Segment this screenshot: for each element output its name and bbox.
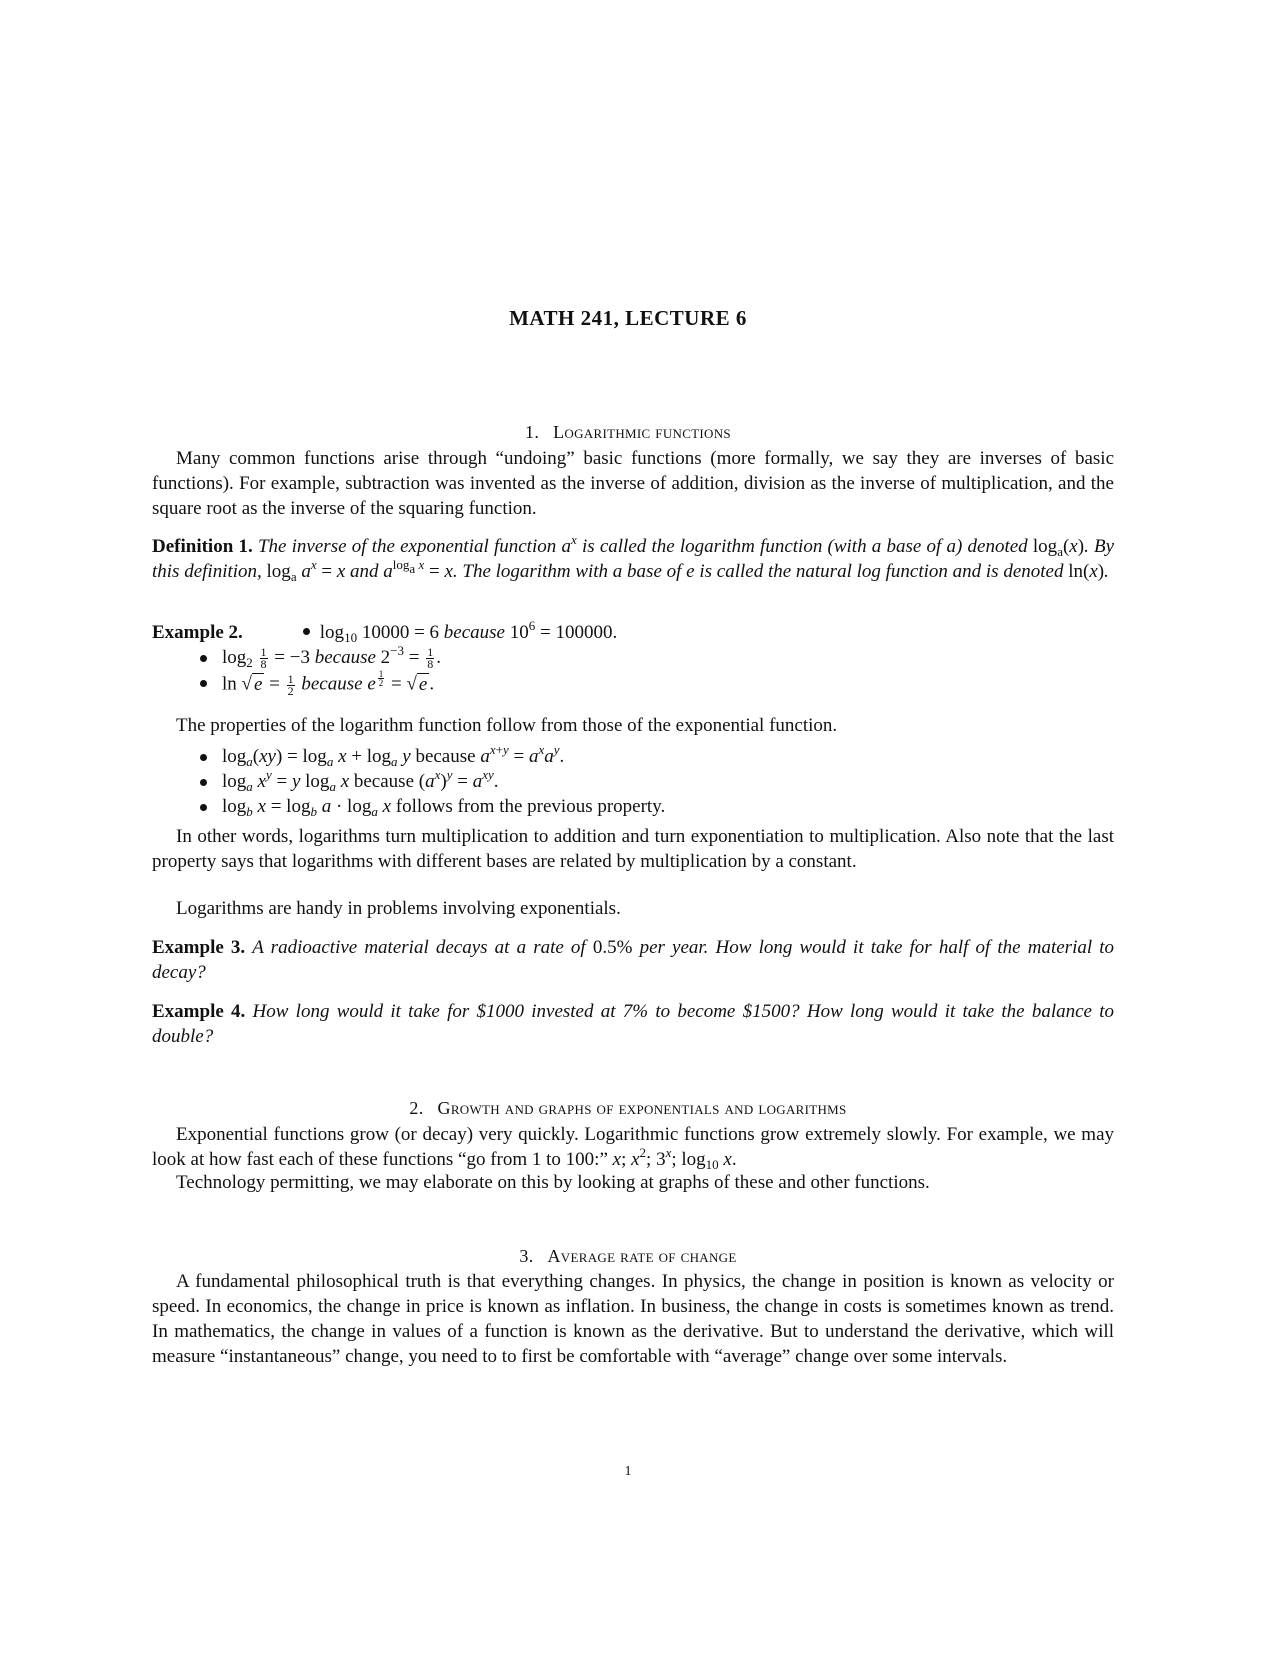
example-2-item-3: ln √e = 12 because e12 = √e. <box>200 670 1114 697</box>
section-3-heading: 3.Average rate of change <box>0 1246 1256 1267</box>
example-2-label: Example 2. <box>152 622 243 643</box>
section-3-paragraph: A fundamental philosophical truth is tha… <box>152 1269 1114 1369</box>
property-3: logb x = logb a · loga x follows from th… <box>200 794 1114 819</box>
example-4-text: How long would it take for $1000 investe… <box>152 1001 1114 1047</box>
section-number: 2. <box>409 1098 423 1118</box>
section-number: 1. <box>525 422 539 442</box>
example-4-label: Example 4. <box>152 1001 245 1022</box>
property-1: loga(xy) = loga x + loga y because ax+y … <box>200 744 1114 769</box>
definition-label: Definition 1. <box>152 536 253 557</box>
section-1-heading: 1.Logarithmic functions <box>0 422 1256 443</box>
example-4: Example 4. How long would it take for $1… <box>152 999 1114 1049</box>
example-2-item-1: log10 10000 = 6 because 106 = 100000. <box>320 622 617 643</box>
example-3-label: Example 3. <box>152 937 245 958</box>
section-1-intro-paragraph: Many common functions arise through “und… <box>152 446 1114 521</box>
summary-paragraph: In other words, logarithms turn multipli… <box>152 824 1114 874</box>
logarithms-handy-paragraph: Logarithms are handy in problems involvi… <box>152 896 1114 921</box>
properties-intro: The properties of the logarithm function… <box>152 713 1114 738</box>
decay-rate-value: 0.5% <box>593 937 633 958</box>
section-title: Average rate of change <box>548 1246 737 1266</box>
section-2-paragraph-2: Technology permitting, we may elaborate … <box>152 1170 1114 1195</box>
definition-1: Definition 1. The inverse of the exponen… <box>152 534 1114 584</box>
definition-text: The inverse of the exponential function … <box>152 536 1114 582</box>
properties-list: loga(xy) = loga x + loga y because ax+y … <box>152 744 1114 819</box>
section-title: Logarithmic functions <box>553 422 731 442</box>
example-2-item-2: log2 18 = −3 because 2−3 = 18. <box>200 645 1114 670</box>
section-title: Growth and graphs of exponentials and lo… <box>438 1098 847 1118</box>
example-3: Example 3. A radioactive material decays… <box>152 935 1114 985</box>
document-title: MATH 241, LECTURE 6 <box>0 306 1256 331</box>
section-number: 3. <box>519 1246 533 1266</box>
example-2: Example 2.log10 10000 = 6 because 106 = … <box>152 620 1114 697</box>
document-page: MATH 241, LECTURE 6 1.Logarithmic functi… <box>0 0 1280 1656</box>
property-2: loga xy = y loga x because (ax)y = axy. <box>200 769 1114 794</box>
page-number: 1 <box>0 1464 1256 1480</box>
bullet-icon <box>303 628 310 635</box>
section-2-heading: 2.Growth and graphs of exponentials and … <box>0 1098 1256 1119</box>
section-2-paragraph-1: Exponential functions grow (or decay) ve… <box>152 1122 1114 1172</box>
